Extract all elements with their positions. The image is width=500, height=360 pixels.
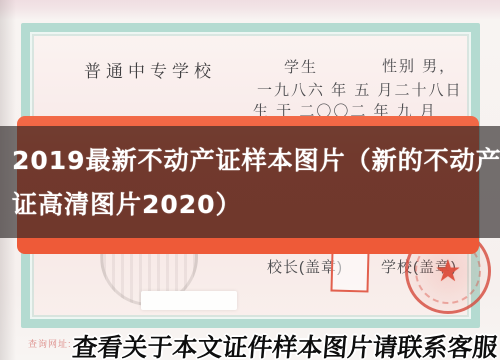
reg-no-redaction-box (141, 291, 237, 310)
birth-date-line: 一九八六 年 五 月二十八日 (257, 79, 463, 100)
thumbnail-image: 普通中专学校 毕业证书 学生 性别 男， 一九八六 年 五 月二十八日 生 于 … (0, 0, 500, 360)
certificate-school-type: 普通中专学校 (84, 57, 216, 82)
headline-line-1: 2019最新不动产证样本图片（新的不动产 (12, 141, 500, 177)
principal-stamp-box (330, 250, 369, 293)
headline-line-2: 证高清图片2020） (12, 185, 242, 221)
gender-line: 性别 男， (382, 55, 456, 76)
student-label: 学生 (284, 56, 318, 77)
query-url-label: 查询网址: (28, 337, 72, 350)
bottom-caption: 查看关于本文证件样本图片请联系客服 (71, 328, 499, 360)
